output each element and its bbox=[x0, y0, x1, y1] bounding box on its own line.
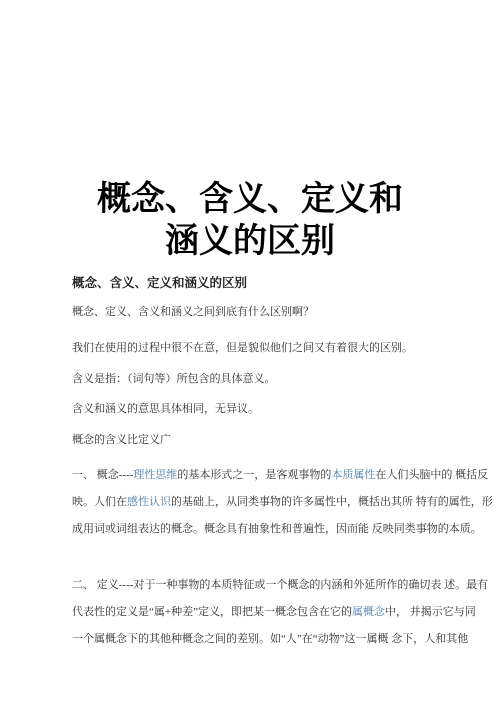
text-line: 代表性的定义是“属+种差”定义，即把某一概念包含在它的属概念中， 并揭示它与同 bbox=[72, 599, 472, 626]
text-run: 代表性的定义是“属+种差”定义，即把某一概念包含在它的 bbox=[72, 606, 352, 618]
document-title: 概念、含义、定义和 涵义的区别 bbox=[0, 0, 500, 262]
paragraph-concept-definition: 一、 概念----理性思维的基本形式之一，是客观事物的本质属性在人们头脑中的 概… bbox=[72, 462, 472, 543]
inline-link[interactable]: 本质属性 bbox=[331, 469, 375, 481]
inline-link[interactable]: 属概念 bbox=[352, 606, 385, 618]
text-run: 映。人们在 bbox=[72, 496, 127, 508]
paragraph-question: 概念、定义、含义和涵义之间到底有什么区别啊？ bbox=[72, 305, 472, 320]
paragraph-concept-broader: 概念的含义比定义广 bbox=[72, 433, 472, 448]
text-run: 中， 并揭示它与同 bbox=[385, 606, 476, 618]
text-line: 二、 定义----对于一种事物的本质特征或一个概念的内涵和外延所作的确切表 述。… bbox=[72, 572, 472, 599]
document-page: 概念、含义、定义和 涵义的区别 概念、含义、定义和涵义的区别 概念、定义、含义和… bbox=[0, 0, 500, 707]
text-run: 在人们头脑中的 概括反 bbox=[375, 469, 488, 481]
text-run: 的基础上，从同类事物的许多属性中，概括出其所 特有的属性，形 bbox=[171, 496, 493, 508]
section-heading: 概念、含义、定义和涵义的区别 bbox=[72, 276, 472, 291]
paragraph-usage: 我们在使用的过程中很不在意，但是貌似他们之间又有着很大的区别。 bbox=[72, 341, 472, 356]
paragraph-hanyi-meaning: 含义是指：（词句等）所包含的具体意义。 bbox=[72, 372, 472, 387]
text-line: 一个属概念下的其他种概念之间的差别。如“人”在“动物”这一属概 念下，人和其他 bbox=[72, 626, 472, 653]
inline-link[interactable]: 理性思维 bbox=[133, 469, 177, 481]
text-run: 的基本形式之一，是客观事物的 bbox=[177, 469, 331, 481]
text-run: 一个属概念下的其他种概念之间的差别。如“人”在“动物”这一属概 念下，人和其他 bbox=[72, 633, 468, 645]
document-body: 概念、含义、定义和涵义的区别 概念、定义、含义和涵义之间到底有什么区别啊？ 我们… bbox=[72, 276, 472, 653]
inline-link[interactable]: 感性认识 bbox=[127, 496, 171, 508]
text-run: 一、 概念---- bbox=[72, 469, 133, 481]
text-line: 成用词或词组表达的概念。概念具有抽象性和普遍性，因而能 反映同类事物的本质。 bbox=[72, 516, 472, 543]
text-line: 映。人们在感性认识的基础上，从同类事物的许多属性中，概括出其所 特有的属性，形 bbox=[72, 489, 472, 516]
document-title-line1: 概念、含义、定义和 bbox=[0, 178, 500, 220]
document-title-line2: 涵义的区别 bbox=[0, 220, 500, 262]
text-run: 二、 定义----对于一种事物的本质特征或一个概念的内涵和外延所作的确切表 述。… bbox=[72, 579, 488, 591]
text-line: 一、 概念----理性思维的基本形式之一，是客观事物的本质属性在人们头脑中的 概… bbox=[72, 462, 472, 489]
paragraph-definition-explanation: 二、 定义----对于一种事物的本质特征或一个概念的内涵和外延所作的确切表 述。… bbox=[72, 572, 472, 653]
text-run: 成用词或词组表达的概念。概念具有抽象性和普遍性，因而能 反映同类事物的本质。 bbox=[72, 523, 482, 535]
paragraph-same-meaning: 含义和涵义的意思具体相同，无异议。 bbox=[72, 402, 472, 417]
